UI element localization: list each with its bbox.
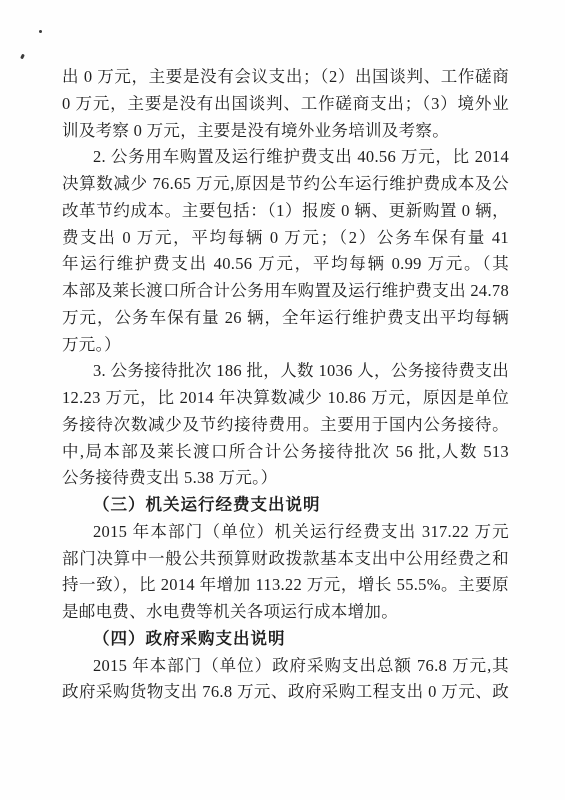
text-line-11: 万元。） [62,332,509,359]
text-line-1: 出 0 万元，主要是没有会议支出；（2）出国谈判、工作磋商支出 [62,64,509,91]
text-line-3: 训及考察 0 万元，主要是没有境外业务培训及考察。 [62,118,509,145]
ink-speck [39,30,42,33]
section-3-heading: （三）机关运行经费支出说明 [62,492,509,519]
text-line-8: 年运行维护费支出 40.56 万元，平均每辆 0.99 万元。（其中，局 [62,251,509,278]
text-line-2: 0 万元，主要是没有出国谈判、工作磋商支出；（3）境外业务培 [62,91,509,118]
text-line-5: 决算数减少 76.65 万元,原因是节约公车运行维护费成本及公车 [62,171,509,198]
text-line-9: 本部及莱长渡口所合计公务用车购置及运行维护费支出 24.78 [62,278,509,305]
text-line-6: 改革节约成本。主要包括：（1）报废 0 辆、更新购置 0 辆，购置 [62,198,509,225]
text-line-14: 务接待次数减少及节约接待费用。主要用于国内公务接待。（其 [62,412,509,439]
ink-speck [20,54,25,60]
text-line-16: 公务接待费支出 5.38 万元。） [62,465,509,492]
text-line-24: 政府采购货物支出 76.8 万元、政府采购工程支出 0 万元、政府 [62,679,509,706]
text-line-13: 12.23 万元，比 2014 年决算数减少 10.86 万元，原因是单位公 [62,385,509,412]
text-line-10: 万元，公务车保有量 26 辆，全年运行维护费支出平均每辆 0.95 [62,305,509,332]
text-line-15: 中,局本部及莱长渡口所合计公务接待批次 56 批,人数 513 人， [62,439,509,466]
text-line-21: 是邮电费、水电费等机关各项运行成本增加。 [62,599,509,626]
text-line-20: 持一致），比 2014 年增加 113.22 万元，增长 55.5%。主要原因 [62,572,509,599]
text-line-7: 费支出 0 万元，平均每辆 0 万元；（2）公务车保有量 41 辆，全 [62,225,509,252]
text-line-4: 2. 公务用车购置及运行维护费支出 40.56 万元，比 2014 年 [62,144,509,171]
text-line-23: 2015 年本部门（单位）政府采购支出总额 76.8 万元,其中： [62,653,509,680]
text-line-18: 2015 年本部门（单位）机关运行经费支出 317.22 万元（与 [62,519,509,546]
text-block: 出 0 万元，主要是没有会议支出；（2）出国谈判、工作磋商支出 0 万元，主要是… [62,64,509,706]
text-line-19: 部门决算中一般公共预算财政拨款基本支出中公用经费之和保 [62,546,509,573]
document-page: 出 0 万元，主要是没有会议支出；（2）出国谈判、工作磋商支出 0 万元，主要是… [0,0,565,800]
text-line-12: 3. 公务接待批次 186 批，人数 1036 人，公务接待费支出 [62,358,509,385]
section-4-heading: （四）政府采购支出说明 [62,626,509,653]
